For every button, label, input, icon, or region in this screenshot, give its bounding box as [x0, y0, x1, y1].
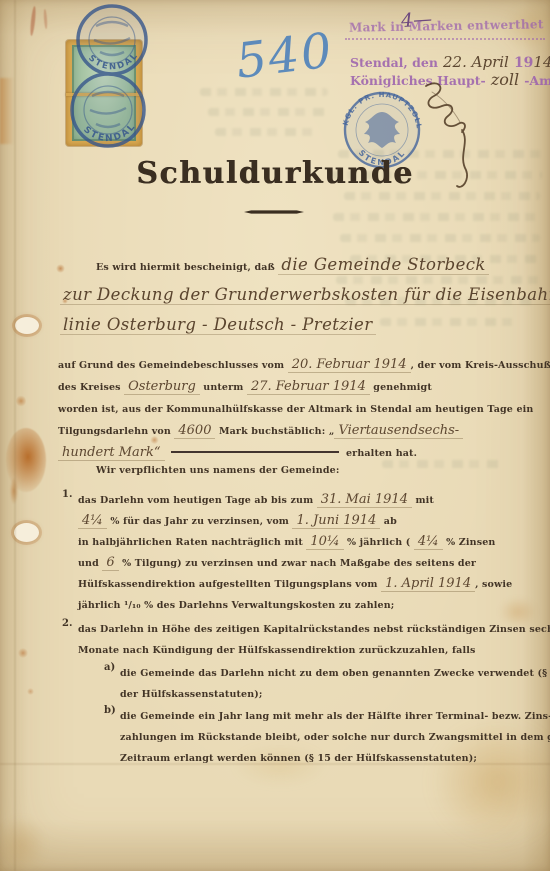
handwritten-text: 4¼ [78, 513, 107, 529]
printed-text: Zeitraum erlangt werden können (§ 15 der… [120, 753, 477, 764]
handwritten-text: 4¼ [414, 534, 443, 550]
document-page: STENDAL STENDAL 4— Mark in Marken entwer… [0, 0, 550, 871]
bleed-through-line [333, 213, 541, 221]
stain [18, 648, 28, 658]
bleed-through-line [200, 88, 328, 96]
text-line: auf Grund des Gemeindebeschlusses vom 20… [58, 352, 528, 374]
text-line: Monate nach Kündigung der Hülfskassendir… [78, 637, 513, 658]
printed-text: in halbjährlichen Raten nachträglich mit [78, 537, 306, 548]
handwritten-text: 4600 [174, 423, 215, 439]
intro-paragraph: Es wird hiermit bescheinigt, daß die Gem… [60, 250, 540, 340]
printed-text: worden ist, aus der Kommunalhülfskasse d… [58, 404, 533, 415]
text-line: jährlich ¹/₁₀ % des Darlehns Verwaltungs… [78, 592, 513, 613]
handwritten-text: 20. Februar 1914 [288, 357, 411, 373]
printed-text: Hülfskassendirektion aufgestellten Tilgu… [78, 579, 381, 590]
pledge-line: Wir verpflichten uns namens der Gemeinde… [96, 465, 340, 476]
printed-text: erhalten hat. [343, 448, 418, 459]
bleed-through-line [208, 108, 326, 116]
text-line: hundert Mark“ erhalten hat. [58, 440, 528, 462]
printed-text: , der vom Kreis-Ausschuß [411, 360, 550, 371]
title-divider [244, 210, 304, 214]
text-line: und 6 % Tilgung) zu verzinsen und zwar n… [78, 550, 513, 571]
handwritten-text: 31. Mai 1914 [317, 492, 412, 508]
printed-text: und [78, 558, 102, 569]
sub-item-b: die Gemeinde ein Jahr lang mit mehr als … [120, 703, 520, 766]
fold-line-vertical [14, 0, 16, 871]
sub-item-label: b) [104, 705, 116, 716]
postmark-cancellations: STENDAL STENDAL [56, 0, 168, 168]
document-title: Schuldurkunde [0, 156, 550, 191]
punch-hole [15, 317, 39, 334]
text-line: zur Deckung der Grunderwerbskosten für d… [60, 280, 540, 310]
sub-item-label: a) [104, 662, 115, 673]
handwritten-text: 6 [102, 555, 118, 571]
office-stamp-suffix: -Amt [524, 73, 550, 88]
text-line: das Darlehn vom heutigen Tage ab bis zum… [78, 487, 513, 508]
sub-item-a: die Gemeinde das Darlehn nicht zu dem ob… [120, 660, 520, 702]
text-line: Zeitraum erlangt werden können (§ 15 der… [120, 745, 520, 766]
printed-text: das Darlehn vom heutigen Tage ab bis zum [78, 495, 317, 506]
text-line: 4¼ % für das Jahr zu verzinsen, vom 1. J… [78, 508, 513, 529]
printed-text: % Zinsen [443, 537, 496, 548]
text-line: linie Osterburg - Deutsch - Pretzier [60, 310, 540, 340]
handwritten-text: die Gemeinde Storbeck [278, 255, 488, 275]
text-line: der Hülfskassenstatuten); [120, 681, 520, 702]
text-line: Tilgungsdarlehn von 4600 Mark buchstäbli… [58, 418, 528, 440]
printed-text: % für das Jahr zu verzinsen, vom [107, 516, 293, 527]
printed-text: zahlungen im Rückstande bleibt, oder sol… [120, 732, 550, 743]
date-stamp-line: Stendal, den 22. April 1914 [350, 52, 550, 71]
handwritten-text: zur Deckung der Grunderwerbskosten für d… [60, 285, 550, 305]
office-insert-handwritten: zoll [491, 70, 519, 89]
handwritten-text: 1. Juni 1914 [292, 513, 380, 529]
stain [0, 78, 14, 144]
stain [16, 395, 26, 407]
punch-hole [14, 523, 39, 542]
bleed-through-line [340, 234, 540, 242]
stain [29, 6, 36, 36]
bleed-through-line [215, 128, 315, 136]
text-line: in halbjährlichen Raten nachträglich mit… [78, 529, 513, 550]
printed-text: Tilgungsdarlehn von [58, 426, 174, 437]
handwritten-text: 1. April 1914 [381, 576, 475, 592]
printed-text: auf Grund des Gemeindebeschlusses vom [58, 360, 288, 371]
printed-text: ab [380, 516, 397, 527]
stain [27, 688, 34, 695]
fill-in-rule [171, 448, 339, 453]
text-line: des Kreises Osterburg unterm 27. Februar… [58, 374, 528, 396]
printed-text: % jährlich ( [344, 537, 414, 548]
printed-text: das Darlehn in Höhe des zeitigen Kapital… [78, 624, 550, 635]
printed-text: , sowie [475, 579, 512, 590]
printed-text: mit [412, 495, 434, 506]
filing-number: 540 [233, 22, 337, 89]
printed-text: die Gemeinde das Darlehn nicht zu dem ob… [120, 668, 550, 679]
text-line: worden ist, aus der Kommunalhülfskasse d… [58, 396, 528, 418]
handwritten-text: hundert Mark“ [58, 445, 165, 461]
printed-text: die Gemeinde ein Jahr lang mit mehr als … [120, 711, 550, 722]
handwritten-text: 27. Februar 1914 [247, 379, 370, 395]
date-year-handwritten: 14 [533, 53, 550, 71]
printed-text: jährlich ¹/₁₀ % des Darlehns Verwaltungs… [78, 600, 394, 611]
printed-text: genehmigt [370, 382, 432, 393]
printed-text: der Hülfskassenstatuten); [120, 689, 263, 700]
text-line: Es wird hiermit bescheinigt, daß die Gem… [60, 250, 540, 280]
obligation-item-2: das Darlehn in Höhe des zeitigen Kapital… [78, 616, 513, 658]
printed-text: des Kreises [58, 382, 124, 393]
stain [0, 818, 44, 871]
text-line: Hülfskassendirektion aufgestellten Tilgu… [78, 571, 513, 592]
loan-paragraph: auf Grund des Gemeindebeschlusses vom 20… [58, 352, 528, 462]
obligation-item-1: das Darlehn vom heutigen Tage ab bis zum… [78, 487, 513, 613]
handwritten-text: linie Osterburg - Deutsch - Pretzier [60, 315, 376, 335]
stain [43, 9, 47, 29]
printed-text: % Tilgung) zu verzinsen und zwar nach Ma… [119, 558, 476, 569]
text-line: die Gemeinde das Darlehn nicht zu dem ob… [120, 660, 520, 681]
text-line: das Darlehn in Höhe des zeitigen Kapital… [78, 616, 513, 637]
printed-text: unterm [200, 382, 247, 393]
stain [10, 478, 18, 504]
date-handwritten: 22. April [443, 53, 509, 71]
item-number: 2. [62, 618, 72, 629]
date-year-printed: 19 [514, 55, 533, 71]
printed-text: Mark buchstäblich: „ [215, 426, 334, 437]
handwritten-text: Viertausendsechs- [334, 423, 463, 439]
handwritten-text: Osterburg [124, 379, 200, 395]
stamp-dotted-line [345, 38, 545, 40]
text-line: die Gemeinde ein Jahr lang mit mehr als … [120, 703, 520, 724]
date-stamp-prefix: Stendal, den [350, 55, 438, 70]
devaluation-stamp-text: Mark in Marken entwerthet [349, 17, 549, 34]
handwritten-text: 10¼ [306, 534, 343, 550]
item-number: 1. [62, 489, 72, 500]
printed-text: Es wird hiermit bescheinigt, daß [96, 262, 278, 273]
printed-text: Monate nach Kündigung der Hülfskassendir… [78, 645, 476, 656]
stain [6, 428, 46, 492]
text-line: zahlungen im Rückstande bleibt, oder sol… [120, 724, 520, 745]
